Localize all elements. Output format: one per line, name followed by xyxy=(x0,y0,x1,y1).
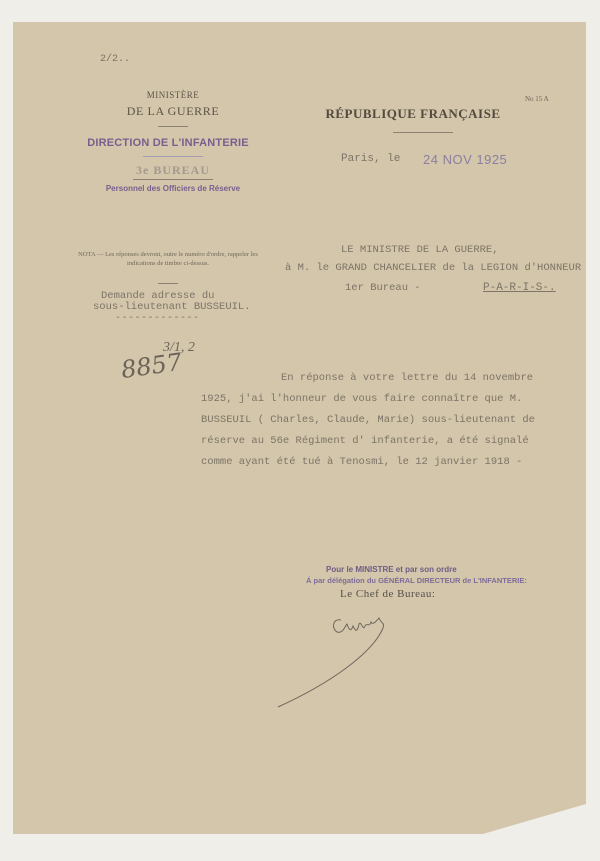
body-line-2: 1925, j'ai l'honneur de vous faire conna… xyxy=(201,393,522,405)
document-page: 2/2.. MINISTÈRE DE LA GUERRE DIRECTION D… xyxy=(13,22,586,834)
body-line-5: comme ayant été tué à Tenosmi, le 12 jan… xyxy=(201,456,522,468)
subject-underline: ------------- xyxy=(115,313,200,324)
office-line: 1er Bureau - xyxy=(345,282,421,294)
authority-stamp-line2: Á par délégation du GÉNÉRAL DIRECTEUR de… xyxy=(306,576,527,585)
section-stamp: Personnel des Officiers de Réserve xyxy=(73,184,273,193)
divider xyxy=(133,179,213,180)
authority-stamp-line1: Pour le MINISTRE et par son ordre xyxy=(326,565,457,574)
recipient-line: à M. le GRAND CHANCELIER de la LEGION d'… xyxy=(285,262,581,274)
form-number: No 15 A xyxy=(525,95,549,103)
body-line-1: En réponse à votre lettre du 14 novembre xyxy=(281,372,533,384)
bureau-stamp: 3e BUREAU xyxy=(93,163,253,178)
republic-heading: RÉPUBLIQUE FRANÇAISE xyxy=(313,106,513,122)
direction-stamp: DIRECTION DE L'INFANTERIE xyxy=(73,137,263,149)
sender-line: LE MINISTRE DE LA GUERRE, xyxy=(341,244,499,256)
divider xyxy=(393,132,453,133)
ministry-line1: MINISTÈRE xyxy=(93,90,253,100)
date-stamp: 24 NOV 1925 xyxy=(423,152,507,167)
ministry-line2: DE LA GUERRE xyxy=(93,104,253,119)
handwritten-annotation: 3/1, 2 xyxy=(163,340,195,356)
body-line-4: réserve au 56e Régiment d' infanterie, a… xyxy=(201,435,529,447)
divider xyxy=(143,156,203,157)
subject-line2: sous-lieutenant BUSSEUIL. xyxy=(93,301,251,313)
reference-mark: 2/2.. xyxy=(100,54,130,65)
body-line-3: BUSSEUIL ( Charles, Claude, Marie) sous-… xyxy=(201,414,535,426)
signature-icon xyxy=(273,612,433,722)
place-prefix: Paris, le xyxy=(341,153,400,165)
divider xyxy=(158,126,188,127)
city-line: P-A-R-I-S-. xyxy=(483,282,556,294)
divider xyxy=(158,283,178,284)
nota-text: NOTA — Les réponses devront, outre le nu… xyxy=(78,250,258,268)
signatory-title: Le Chef de Bureau: xyxy=(340,588,435,600)
